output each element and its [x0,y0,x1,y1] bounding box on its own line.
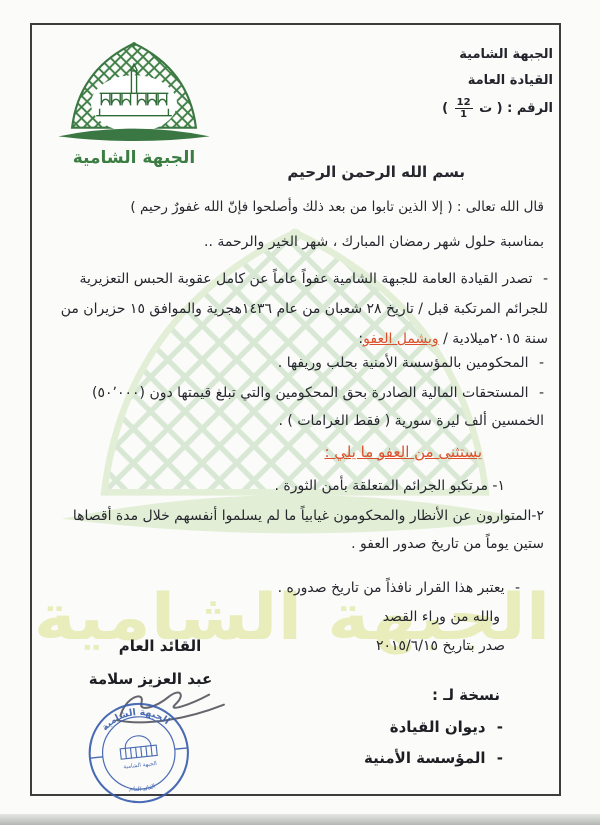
copies-label: نسخة لـ : [432,684,500,706]
decree-text: تصدر القيادة العامة للجبهة الشامية عفواً… [61,271,548,347]
svg-text:الجبهة الشامية: الجبهة الشامية [98,704,172,734]
stamp-center-text: الجبهة الشامية [123,761,157,771]
issue-date-line: صدر بتاريخ ٢٠١٥/٦/١٥ [376,635,505,657]
bullet-dash: - [515,580,520,596]
copy-item: - المؤسسة الأمنية [364,747,503,769]
stamp-top-text: الجبهة الشامية [98,704,172,734]
amnesty-decree-paragraph: - تصدر القيادة العامة للجبهة الشامية عفو… [52,264,548,354]
include-item: - المحكومين بالمؤسسة الأمنية بحلب وريفها… [278,352,544,374]
logo-title: الجبهة الشامية [48,148,220,168]
bullet-dash: - [497,718,503,736]
bullet-dash: - [497,749,503,767]
exception-item: ١- مرتكبو الجرائم المتعلقة بأمن الثورة . [274,475,505,497]
reference-fraction: 12 1 [455,97,473,120]
org-name: الجبهة الشامية [442,42,553,68]
closing-line: والله من وراء القصد [383,606,500,628]
svg-text:القائد العام: القائد العام [128,782,157,794]
commander-title: القائد العام [105,635,215,657]
stamp-mosque-icon [119,734,157,759]
reference-number: الرقم : ( ت 12 1 ) [442,96,553,122]
levant-front-logo: الجبهة الشامية [48,40,220,168]
stamp-bottom-text: القائد العام [128,782,157,794]
official-stamp-icon: الجبهة الشامية القائد العام الجبهة الشام… [77,691,201,818]
bullet-dash: - [543,271,548,287]
occasion-line: بمناسبة حلول شهر رمضان المبارك ، شهر الخ… [204,231,544,253]
basmala: بسم الله الرحمن الرحيم [287,161,465,183]
copy-item: - ديوان القيادة [390,716,503,738]
org-command: القيادة العامة [442,68,553,94]
exceptions-heading: يستثنى من العفو ما يلي : [324,441,482,463]
decree-highlight: ويشمل العفو [363,331,439,347]
letterhead: الجبهة الشامية القيادة العامة الرقم : ( … [442,42,553,122]
bullet-dash: - [539,385,544,401]
quran-verse: قال الله تعالى : ( إلا الذين تابوا من بع… [130,196,544,218]
logo-dome-icon [48,40,220,150]
include-item: - المستحقات المالية الصادرة بحق المحكومي… [52,379,544,435]
bullet-dash: - [539,355,544,371]
scan-shadow-edge [0,814,600,825]
scanned-document-page: الجبهة الشامية الجبهة الشامية القيادة ال… [0,0,600,825]
exception-item: ٢-المتوارون عن الأنظار والمحكومون غيابيا… [48,502,544,558]
effective-line: - يعتبر هذا القرار نافذاً من تاريخ صدوره… [278,577,520,599]
